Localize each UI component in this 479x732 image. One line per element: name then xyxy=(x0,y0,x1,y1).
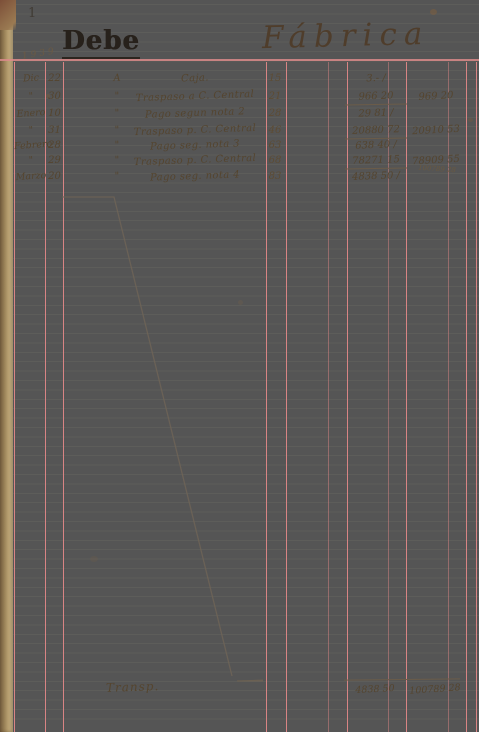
total-amount-2: 100789 28 xyxy=(402,682,469,698)
ledger-row: Enero 10 " Pago segun nota 2 28 29 81 / xyxy=(0,108,479,124)
entry-month: Enero xyxy=(14,107,49,120)
entry-ref: " xyxy=(109,171,126,183)
entry-month: " xyxy=(14,154,49,167)
stain-spot xyxy=(430,9,437,15)
entry-folio: 46 xyxy=(263,125,287,136)
entry-amount-1: 3.- / xyxy=(346,72,406,85)
entry-folio: 21 xyxy=(263,91,287,102)
stain-spot xyxy=(238,300,243,305)
entry-ref: " xyxy=(109,125,126,137)
entry-month: Marzo xyxy=(14,170,49,183)
entry-description: Traspaso p. C. Central xyxy=(128,123,262,139)
entry-description: Traspaso p. C. Central xyxy=(128,153,262,169)
entry-ref: " xyxy=(109,91,126,103)
entry-amount-1: 638 40 / xyxy=(346,139,406,152)
entry-day: 31 xyxy=(45,125,64,136)
entry-month: Febrero xyxy=(14,139,49,152)
ledger-row: " 30 " Traspaso a C. Central 21 966 20 9… xyxy=(0,91,479,107)
carry-underline xyxy=(237,680,263,682)
entry-folio: 15 xyxy=(263,73,287,84)
total-amount-1: 4838 50 xyxy=(346,682,404,696)
entry-description: Caja. xyxy=(128,71,262,87)
entry-amount-1: 966 20 xyxy=(346,90,406,103)
entry-description: Traspaso a C. Central xyxy=(128,89,262,105)
carry-forward-label: Transp. xyxy=(106,679,160,695)
entry-day: 10 xyxy=(45,108,64,119)
entry-month: " xyxy=(14,90,49,103)
entry-ref: " xyxy=(109,140,126,152)
entry-day: 28 xyxy=(45,140,64,151)
entry-month: " xyxy=(14,124,49,137)
entry-description: Pago seg. nota 4 xyxy=(128,169,262,185)
entry-description: Pago seg. nota 3 xyxy=(128,138,262,154)
page-number: 1 xyxy=(28,6,36,21)
entry-folio: 83 xyxy=(263,171,287,182)
header-rule xyxy=(0,59,479,61)
entry-day: 30 xyxy=(45,91,64,102)
entry-month: Dic xyxy=(14,72,49,85)
entry-ref: " xyxy=(109,155,126,167)
entry-description: Pago segun nota 2 xyxy=(128,106,262,122)
ledger-row: Marzo 20 " Pago seg. nota 4 83 4838 50 / xyxy=(0,171,479,187)
entry-folio: 28 xyxy=(263,108,287,119)
entry-amount-2: 20910 53 xyxy=(404,123,468,137)
binding-tear xyxy=(0,0,16,30)
header-debe: Debe xyxy=(62,26,140,59)
entry-amount-1: 20880 72 xyxy=(346,124,406,137)
sum-underline xyxy=(345,103,407,105)
entry-amount-1: 29 81 / xyxy=(346,107,406,120)
entry-day: 29 xyxy=(45,155,64,166)
entry-amount-2: 969 20 xyxy=(404,89,468,103)
ledger-page: 1 Debe Fábrica 1939 Dic 22 A Caja. 15 3.… xyxy=(0,0,479,732)
entry-day: 20 xyxy=(45,171,64,182)
total-rule xyxy=(344,678,460,680)
entry-amount-1: 4838 50 / xyxy=(346,170,406,183)
entry-folio: 68 xyxy=(263,155,287,166)
ledger-row: Dic 22 A Caja. 15 3.- / xyxy=(0,73,479,89)
entry-ref: A xyxy=(109,73,126,85)
entry-day: 22 xyxy=(45,73,64,84)
entry-folio: 63 xyxy=(263,140,287,151)
entry-amount-1: 78271 15 xyxy=(346,154,406,167)
entry-ref: " xyxy=(109,108,126,120)
header-fabrica: Fábrica xyxy=(262,16,430,56)
stain-spot xyxy=(90,556,98,562)
entry-amount-2 xyxy=(404,71,468,74)
